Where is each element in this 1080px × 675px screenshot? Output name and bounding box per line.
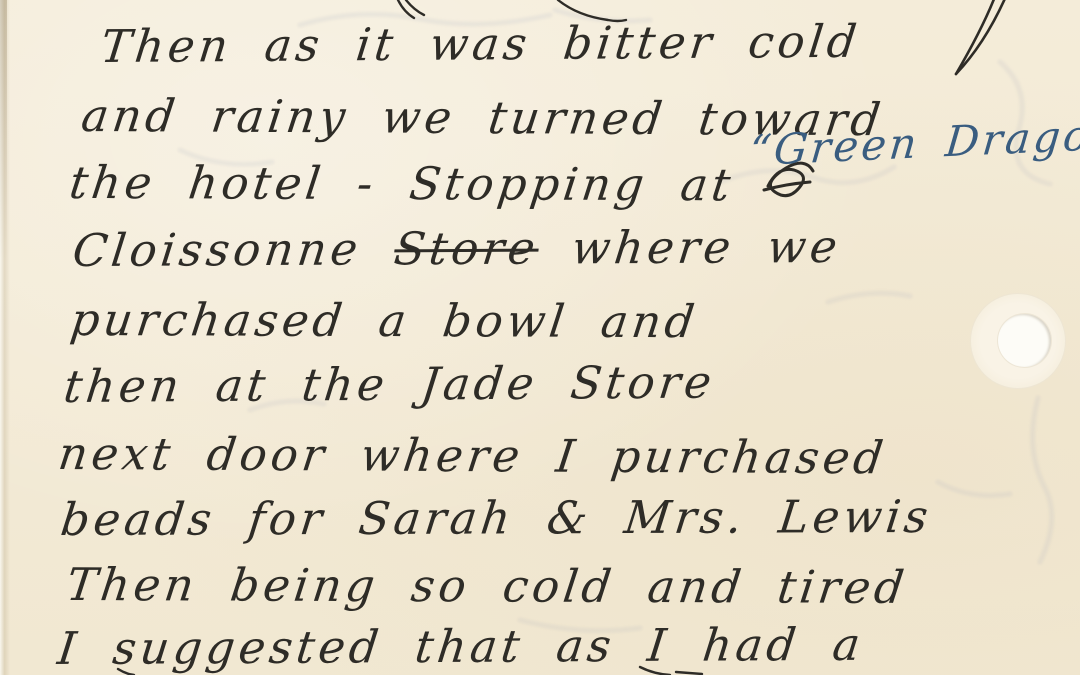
handwritten-line-6: then at the Jade Store [61,357,718,411]
hole-punch [998,314,1051,367]
line-4-text-before: Cloissonne [70,222,398,277]
handwritten-line-4: Cloissonne Store where we [70,222,843,276]
handwritten-line-7: next door where I purchased [56,429,890,483]
crossed-out-word: Store [392,222,542,276]
handwritten-line-1: Then as it was bitter cold [98,17,863,72]
handwritten-line-8: beads for Sarah & Mrs. Lewis [58,492,934,545]
handwritten-line-9: Then being so cold and tired [64,560,911,612]
hole-punch-reinforcement-ring [970,293,1066,389]
handwritten-line-10: I suggested that as I had a [55,620,866,674]
handwritten-line-3: the hotel - Stopping at [67,158,737,210]
scanned-page: Then as it was bitter cold and rainy we … [0,0,1080,675]
stray-pen-stroke [956,0,1007,74]
line-4-text-after: where we [536,220,844,275]
handwritten-line-5: purchased a bowl and [68,295,701,347]
